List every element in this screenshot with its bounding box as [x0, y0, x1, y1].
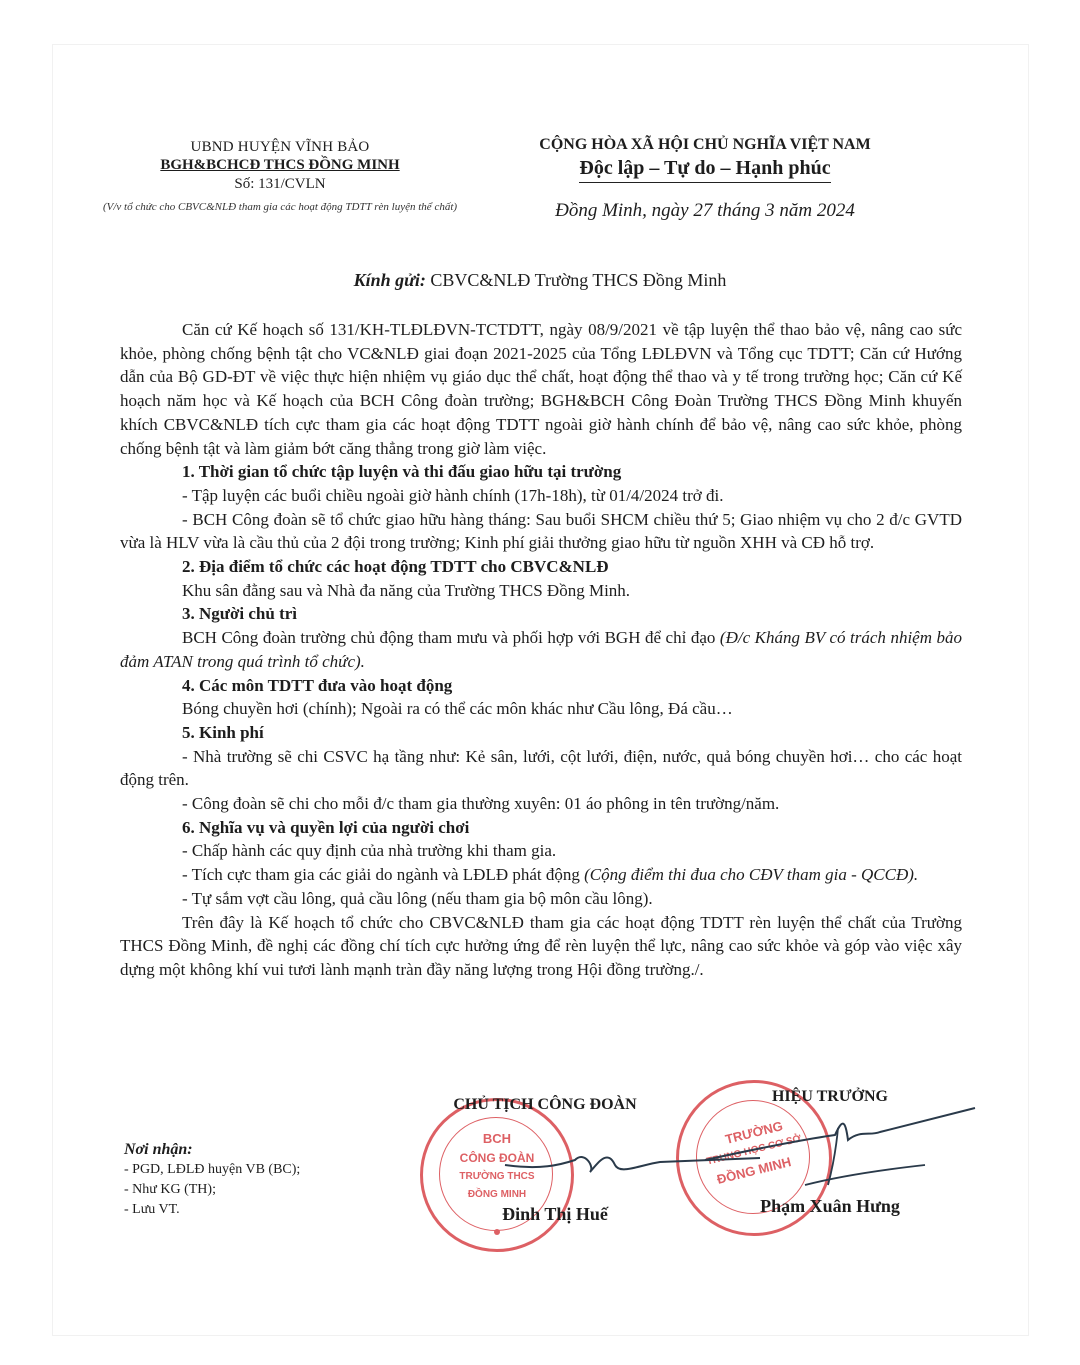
- principal-signature: [705, 1108, 975, 1160]
- handwritten-signatures: [0, 0, 1080, 1365]
- union-chair-signature: [505, 1157, 760, 1172]
